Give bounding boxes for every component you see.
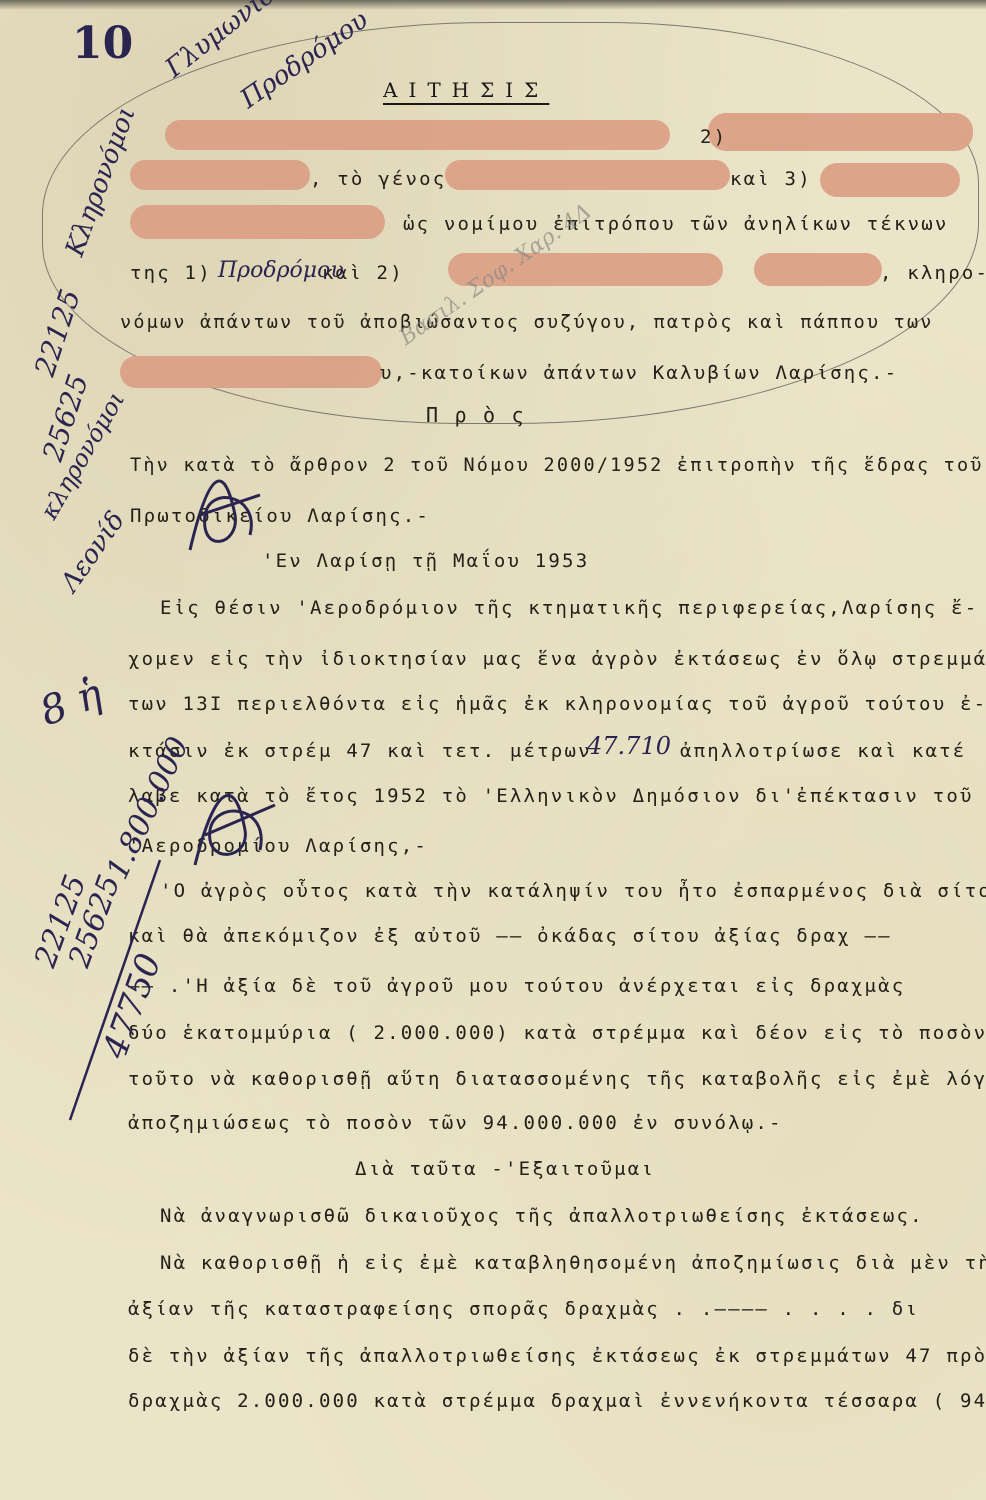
handwritten-note: Λεονίδ [55,506,131,597]
typed-line: ἀποζημιώσεως τὸ ποσὸν τῶν 94.000.000 ἐν … [128,1112,783,1134]
typed-line: , κληρο- [880,262,986,284]
typed-line: κτάσιν ἐκ στρέμ 47 καὶ τετ. μέτρων [128,740,592,762]
margin-strike-line [60,850,180,1130]
typed-line: της 1) [130,262,212,284]
handwritten-inline-name: Προδρόμου [218,258,344,283]
date-line: 'Εν Λαρίσῃ τῇ Μαΐου 1953 [262,550,589,572]
typed-line: 'Ο ἀγρὸς οὗτος κατὰ τὴν κατάληψίν του ἦτ… [160,880,986,902]
typed-line: νόμων ἀπάντων τοῦ ἀποβιώσαντος συζύγου, … [120,312,934,333]
heading-pros: Π ρ ὸ ς [426,403,526,427]
typed-line: —— .'Η ἀξία δὲ τοῦ ἀγροῦ μου τούτου ἀνέρ… [128,975,905,997]
typed-line: Νὰ ἀναγνωρισθῶ δικαιοῦχος τῆς ἀπαλλοτριω… [160,1205,924,1227]
typed-line: τοῦτο νὰ καθορισθῇ αὕτη διατασσομένης τῆ… [128,1068,986,1090]
typed-line: καὶ 3) [730,168,812,190]
typed-line: ἀξίαν τῆς καταστραφείσης σπορᾶς δραχμὰς … [128,1298,919,1320]
typed-line: , τὸ γένος [310,168,446,190]
typed-line: ὡς νομίμου ἐπιτρόπου τῶν ἀνηλίκων τέκνων [403,213,949,235]
redaction-block [754,253,882,286]
signature-mark [185,765,285,875]
section-heading: Διὰ ταῦτα -'Εξαιτοῦμαι [355,1158,655,1180]
typed-line: Νὰ καθορισθῇ ἡ εἰς ἐμὲ καταβληθησομένη ἀ… [160,1252,986,1274]
typed-line: χομεν εἰς τὴν ἰδιοκτησίαν μας ἕνα ἀγρὸν … [128,648,986,670]
handwritten-note: 22125 [28,285,87,380]
typed-line: καὶ θὰ ἀπεκόμιζον ἐξ αὐτοῦ —— ὀκάδας σίτ… [128,925,892,947]
redaction-block [165,120,670,150]
page-edge-shadow [0,0,986,10]
redaction-block [120,356,382,388]
margin-note: 8 ἡ [34,671,108,735]
redaction-block [130,205,385,239]
redaction-block [445,160,730,190]
typed-line: των 13Ι περιελθόντα εἰς ἡμᾶς ἐκ κληρονομ… [128,693,986,715]
signature-mark [180,455,270,565]
typed-line: δύο ἑκατομμύρια ( 2.000.000) κατὰ στρέμμ… [128,1022,986,1044]
typed-line: ἀπηλλοτρίωσε καὶ κατέ [680,740,966,762]
typed-line: Πρωτοδικείου Λαρίσης.- [130,505,430,527]
page-number-handwritten: 10 [72,18,133,69]
redaction-block [708,113,973,151]
redaction-block [820,163,960,197]
typed-line: 2) [700,126,727,148]
typed-line: υ,-κατοίκων ἀπάντων Καλυβίων Λαρίσης.- [380,362,898,384]
typed-line: δὲ τὴν ἀξίαν τῆς ἀπαλλοτριωθείσης ἐκτάσε… [128,1345,986,1367]
typed-line: δραχμὰς 2.000.000 κατὰ στρέμμα δραχμαὶ ἐ… [128,1390,986,1412]
document-title: ΑΙΤΗΣΙΣ [383,78,549,102]
handwritten-area: 47.710 [587,732,671,760]
redaction-block [130,160,310,190]
typed-line: Εἰς θέσιν 'Αεροδρόμιον τῆς κτηματικῆς πε… [160,597,978,619]
